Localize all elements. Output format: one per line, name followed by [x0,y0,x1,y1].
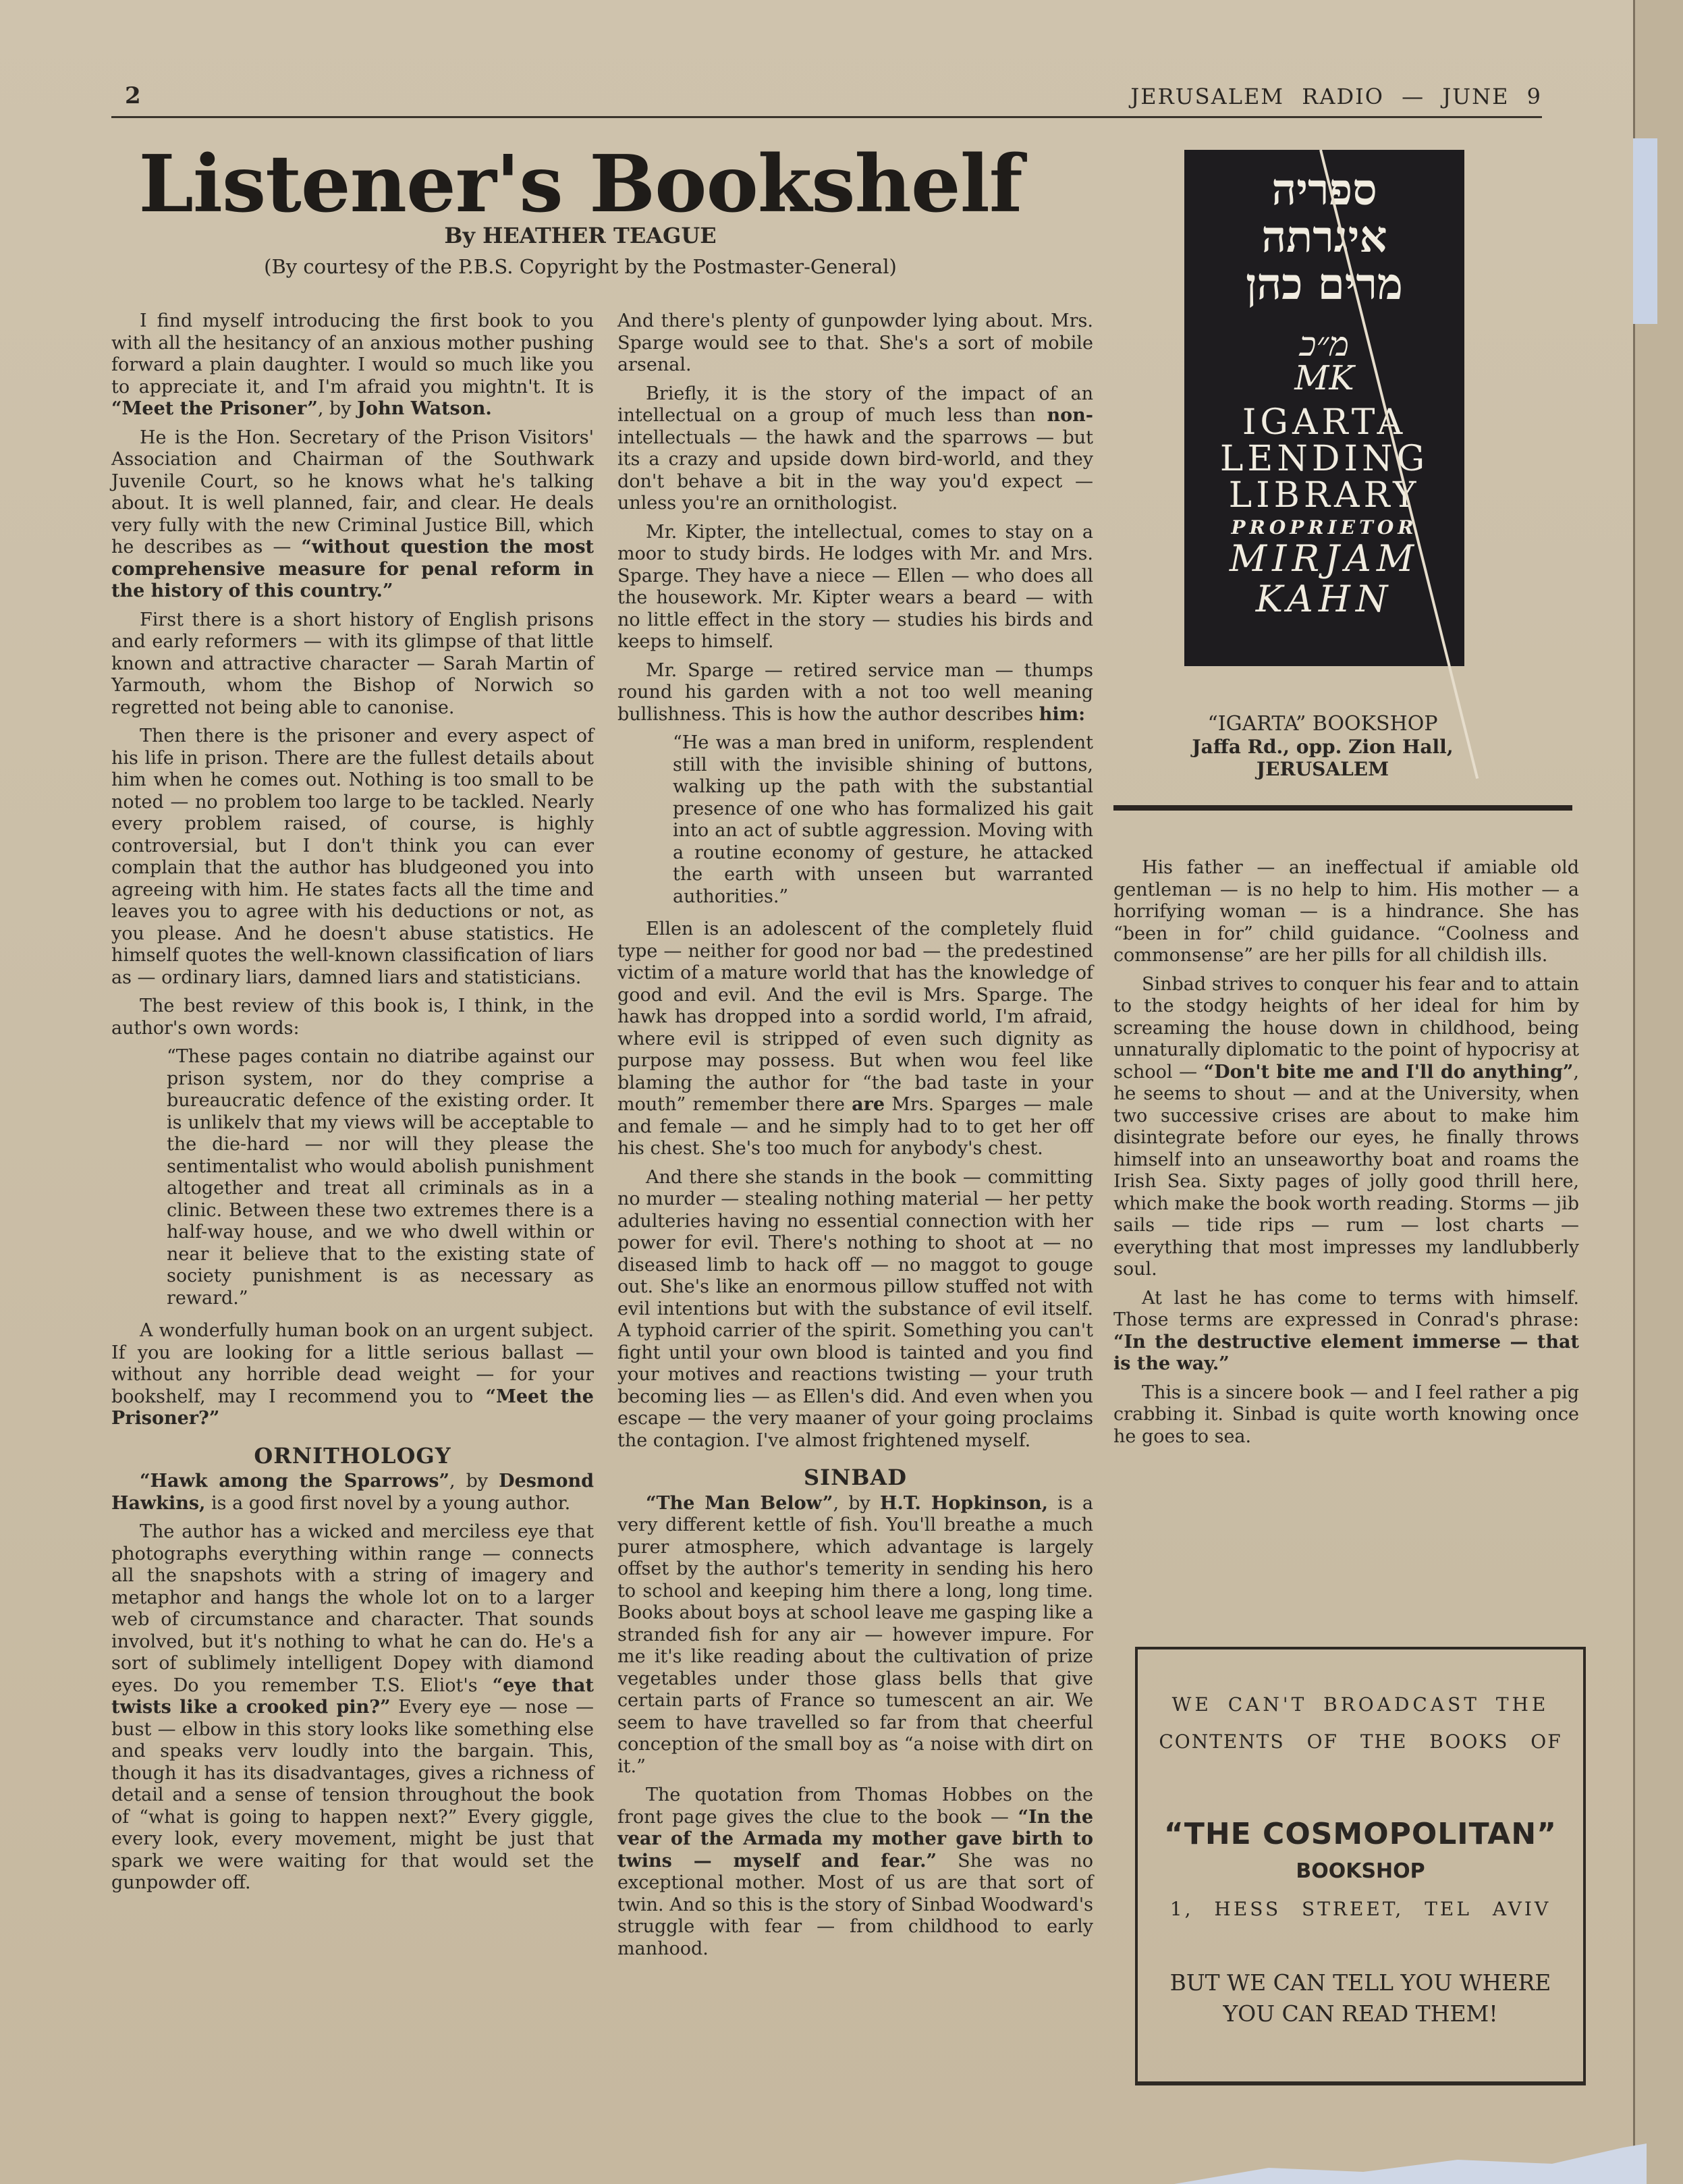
section-heading-ornithology: ORNITHOLOGY [111,1445,594,1467]
page-edge [1633,0,1683,2184]
shop-name: “IGARTA” BOOKSHOP [1147,712,1498,736]
article-title: Listener's Bookshelf [108,138,1053,230]
column-2: And there's plenty of gunpowder lying ab… [617,310,1093,1967]
paragraph: “Hawk among the Sparrows”, by Desmond Ha… [111,1471,594,1514]
paragraph: Mr. Kipter, the intellectual, comes to s… [617,522,1093,653]
cosmopolitan-bookshop-ad: WE CAN'T BROADCAST THE CONTENTS OF THE B… [1135,1647,1586,2085]
paragraph: The best review of this book is, I think… [111,995,594,1039]
block-quote: “These pages contain no diatribe against… [167,1046,594,1309]
column-1: I find myself introducing the first book… [111,310,594,1901]
article-byline: By HEATHER TEAGUE [108,223,1053,248]
paragraph: Ellen is an adolescent of the completely… [617,919,1093,1160]
publication-masthead: JERUSALEM RADIO — JUNE 9 [1130,84,1542,109]
ad-tagline: BUT WE CAN TELL YOU WHERE YOU CAN READ T… [1138,1967,1583,2029]
paragraph: The quotation from Thomas Hobbes on the … [617,1784,1093,1960]
paragraph: At last he has come to terms with himsel… [1113,1288,1579,1375]
monogram-logo: מ״כ MK [1184,327,1464,395]
paragraph: Sinbad strives to conquer his fear and t… [1113,974,1579,1281]
ad-line: CONTENTS OF THE BOOKS OF [1138,1730,1583,1753]
page-number: 2 [125,82,141,109]
column-3: His father — an ineffectual if amiable o… [1113,857,1579,1454]
paragraph: Briefly, it is the story of the impact o… [617,383,1093,515]
block-quote: “He was a man bred in uniform, resplende… [673,732,1093,908]
paragraph: First there is a short history of Englis… [111,609,594,719]
paragraph: “The Man Below”, by H.T. Hopkinson, is a… [617,1493,1093,1778]
paragraph: A wonderfully human book on an urgent su… [111,1320,594,1430]
paragraph: He is the Hon. Secretary of the Prison V… [111,427,594,603]
article-courtesy: (By courtesy of the P.B.S. Copyright by … [108,255,1053,278]
paragraph: And there's plenty of gunpowder lying ab… [617,310,1093,377]
ad-line: WE CAN'T BROADCAST THE [1138,1693,1583,1716]
ad-address: 1, HESS STREET, TEL AVIV [1138,1898,1583,1920]
paper-tear [1633,138,1657,324]
proprietor-name: MIRJAM KAHN [1184,539,1464,620]
ad-brand: “THE COSMOPOLITAN” [1138,1817,1583,1851]
paragraph: The author has a wicked and merciless ey… [111,1521,594,1894]
paragraph: I find myself introducing the first book… [111,310,594,420]
igarta-address: “IGARTA” BOOKSHOP Jaffa Rd., opp. Zion H… [1147,712,1498,780]
shop-address: Jaffa Rd., opp. Zion Hall, [1147,736,1498,758]
paragraph: This is a sincere book — and I feel rath… [1113,1382,1579,1448]
paragraph: Then there is the prisoner and every asp… [111,726,594,989]
paragraph: His father — an ineffectual if amiable o… [1113,857,1579,967]
hebrew-heading: ספריה איגרתה מרים כהן [1184,167,1464,308]
library-name: IGARTA LENDING LIBRARY [1184,404,1464,514]
section-heading-sinbad: SINBAD [617,1467,1093,1489]
proprietor-label: PROPRIETOR [1184,516,1464,539]
igarta-library-ad: ספריה איגרתה מרים כהן מ״כ MK IGARTA LEND… [1184,150,1464,666]
divider-rule [1113,805,1572,811]
shop-city: JERUSALEM [1147,758,1498,780]
paragraph: Mr. Sparge — retired service man — thump… [617,660,1093,726]
paragraph: And there she stands in the book — commi… [617,1167,1093,1452]
running-head: 2 JERUSALEM RADIO — JUNE 9 [111,82,1542,118]
ad-subtitle: BOOKSHOP [1138,1859,1583,1883]
